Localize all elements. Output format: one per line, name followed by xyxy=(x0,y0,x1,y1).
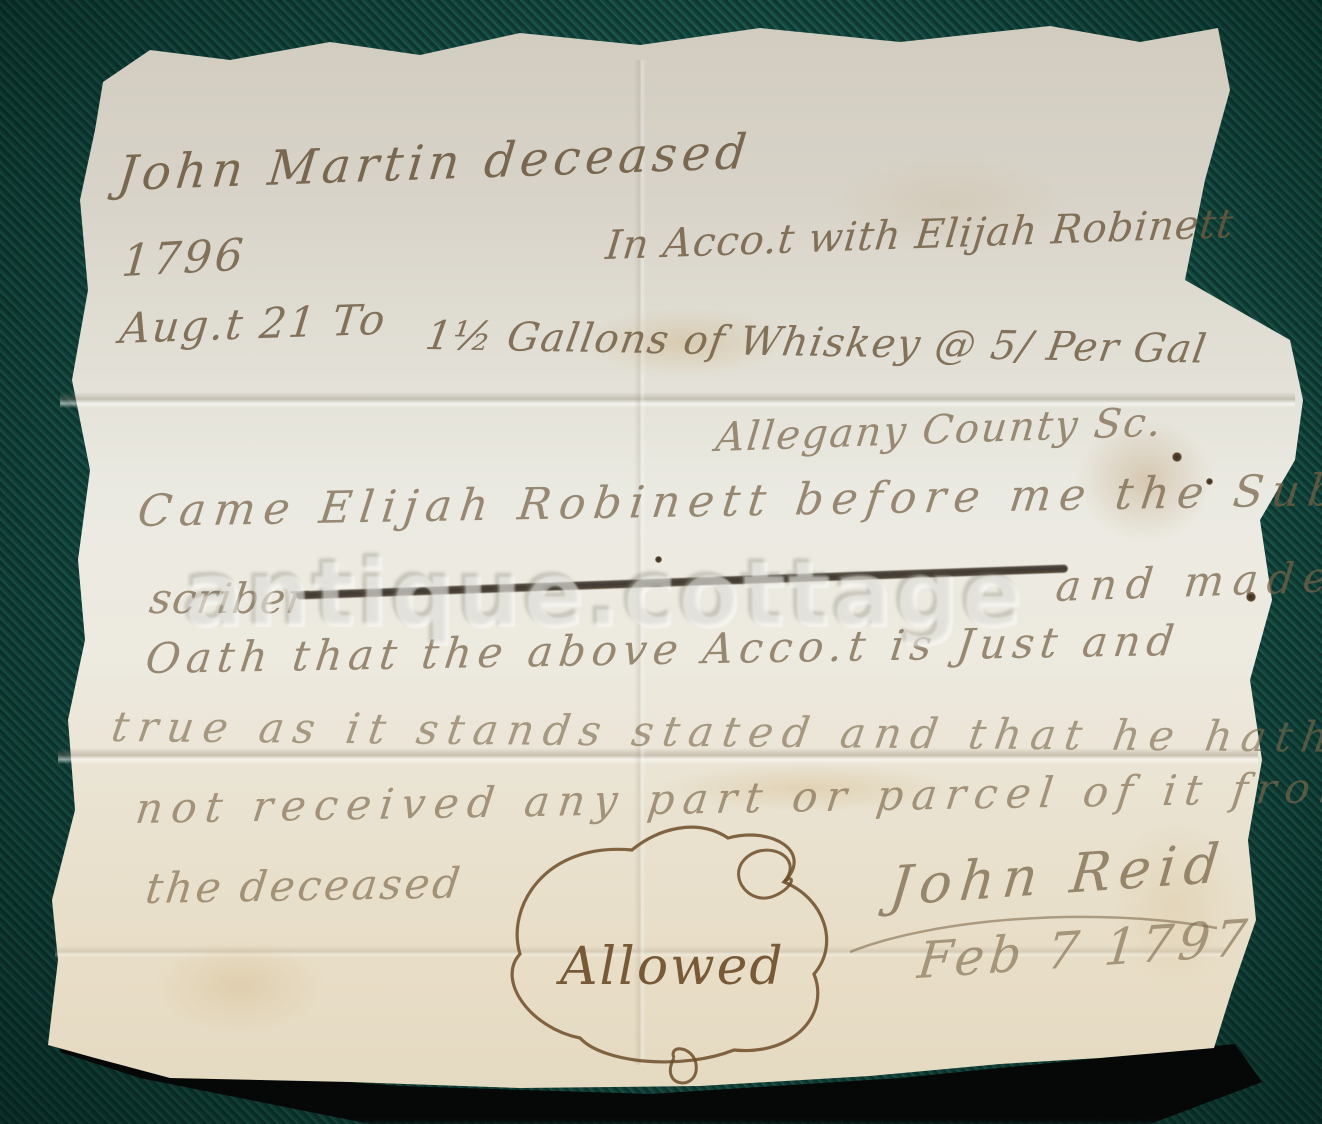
allowed-stamp-text: Allowed xyxy=(556,937,785,997)
handwriting-year: 1796 xyxy=(120,233,248,284)
allowed-flourish: Allowed xyxy=(482,812,857,1087)
handwriting-entry-date: Aug.t 21 To xyxy=(118,299,389,350)
handwriting-oath-line4: true as it stands stated and that he hat… xyxy=(109,706,1322,759)
ink-speck xyxy=(1172,452,1182,462)
handwriting-oath-line2-start: scriber xyxy=(147,578,310,620)
ink-speck xyxy=(655,556,662,563)
handwriting-oath-line2-end: and made xyxy=(1054,556,1322,608)
photo-stage: John Martin deceased 1796 In Acco.t with… xyxy=(0,0,1322,1124)
handwriting-oath-line6: the deceased xyxy=(143,862,465,910)
